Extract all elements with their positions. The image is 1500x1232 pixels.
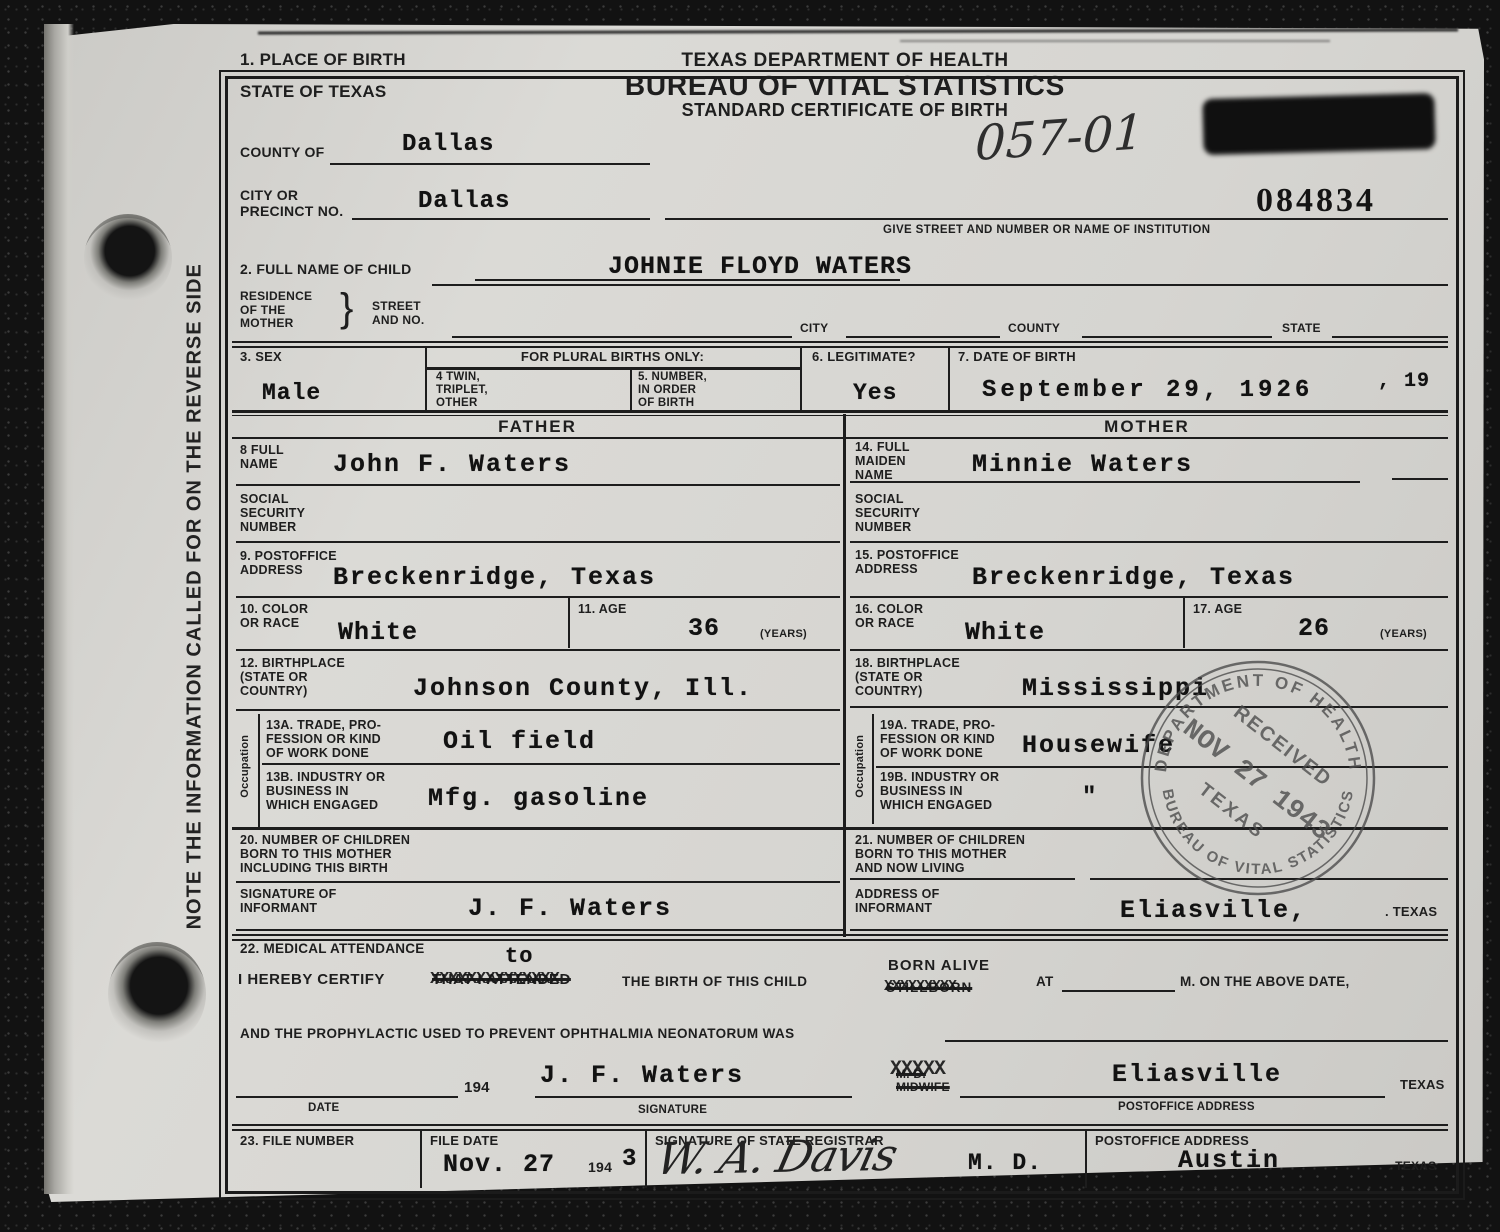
- father-ssn-rule: [236, 541, 840, 543]
- sig-date-rule: [236, 1096, 458, 1098]
- mother-color-value: White: [965, 618, 1045, 647]
- father-ssn-label: SOCIAL SECURITY NUMBER: [240, 492, 305, 534]
- sex-label: 3. SEX: [240, 350, 282, 365]
- file-divider-1: [420, 1130, 422, 1188]
- mother-informant-rule: [850, 929, 1448, 931]
- dept-title-line1: TEXAS DEPARTMENT OF HEALTH: [520, 50, 1170, 71]
- file-date-label: FILE DATE: [430, 1134, 498, 1149]
- file-po-value: Austin: [1178, 1146, 1280, 1175]
- sig-po-label: POSTOFFICE ADDRESS: [1118, 1101, 1255, 1114]
- mother-name-rule-2: [1392, 478, 1448, 480]
- father-name-label: 8 FULL NAME: [240, 443, 284, 471]
- sig-signature-label: SIGNATURE: [638, 1104, 707, 1117]
- mother-po-value: Breckenridge, Texas: [972, 563, 1295, 592]
- registrar-suffix: M. D.: [968, 1150, 1042, 1176]
- sig-date-label: DATE: [308, 1102, 339, 1115]
- legitimate-label: 6. LEGITIMATE?: [812, 350, 916, 365]
- certify-strike-x: XXXXXXXXXXXXXX: [430, 970, 559, 989]
- street-label: STREET AND NO.: [372, 300, 424, 327]
- residence-county-rule: [1082, 336, 1272, 338]
- city-value: Dallas: [418, 188, 510, 215]
- birth-certificate-scan: NOTE THE INFORMATION CALLED FOR ON THE R…: [0, 0, 1500, 1232]
- father-birthplace-rule: [236, 709, 840, 711]
- father-po-rule: [236, 596, 840, 598]
- father-years-label: (YEARS): [760, 628, 807, 640]
- mother-children-label: 21. NUMBER OF CHILDREN BORN TO THIS MOTH…: [855, 833, 1025, 875]
- residence-label: RESIDENCE OF THE MOTHER: [240, 290, 312, 331]
- father-trade-rule: [262, 763, 840, 765]
- mother-section-title: MOTHER: [846, 417, 1448, 436]
- handwritten-code: 057-01: [974, 104, 1144, 172]
- twin-label: 4 TWIN, TRIPLET, OTHER: [436, 371, 488, 410]
- mother-age-value: 26: [1298, 614, 1330, 643]
- mother-informant-label: ADDRESS OF INFORMANT: [855, 887, 939, 915]
- sig-value: J. F. Waters: [540, 1061, 744, 1090]
- residence-county-label: COUNTY: [1008, 322, 1060, 336]
- dob-divider: [948, 347, 950, 410]
- father-children-label: 20. NUMBER OF CHILDREN BORN TO THIS MOTH…: [240, 833, 410, 875]
- received-stamp: DEPARTMENT OF HEALTH BUREAU OF VITAL STA…: [1122, 642, 1394, 914]
- at-label: AT: [1036, 974, 1054, 989]
- file-date-value: Nov. 27: [443, 1150, 555, 1179]
- father-name-rule: [236, 484, 840, 486]
- mother-color-label: 16. COLOR OR RACE: [855, 602, 923, 630]
- mother-name-rule: [850, 481, 1360, 483]
- mother-years-label: (YEARS): [1380, 628, 1427, 640]
- father-age-value: 36: [688, 614, 720, 643]
- county-rule: [330, 163, 650, 165]
- city-rule-1: [352, 218, 650, 220]
- father-birthplace-label: 12. BIRTHPLACE (STATE OR COUNTRY): [240, 656, 345, 698]
- page-above-edge-line-2: [900, 40, 1330, 42]
- medical-section-label: 22. MEDICAL ATTENDANCE: [240, 941, 425, 956]
- born-alive-label: BORN ALIVE: [888, 958, 990, 975]
- plural-box-right: [800, 347, 802, 410]
- county-value: Dallas: [402, 131, 494, 158]
- mother-industry-label: 19B. INDUSTRY OR BUSINESS IN WHICH ENGAG…: [880, 770, 999, 812]
- on-date-label: M. ON THE ABOVE DATE,: [1180, 974, 1350, 989]
- father-color-label: 10. COLOR OR RACE: [240, 602, 308, 630]
- md-strike-x: XXXXX: [890, 1058, 945, 1081]
- prophylactic-label: AND THE PROPHYLACTIC USED TO PREVENT OPH…: [240, 1026, 795, 1041]
- father-color-rule: [236, 649, 840, 651]
- paper-stack-edge: [44, 24, 74, 1194]
- plural-header: FOR PLURAL BIRTHS ONLY:: [425, 350, 800, 365]
- prophylactic-rule: [945, 1040, 1448, 1042]
- mother-ssn-label: SOCIAL SECURITY NUMBER: [855, 492, 920, 534]
- child-name-label: 2. FULL NAME OF CHILD: [240, 262, 411, 278]
- father-occupation-divider: [258, 714, 260, 827]
- center-divider: [843, 414, 846, 937]
- plural-divider: [630, 367, 632, 410]
- heavy-rule-sex-a: [232, 410, 1448, 413]
- residence-state-rule: [1332, 336, 1448, 338]
- state-of-texas-label: STATE OF TEXAS: [240, 82, 386, 101]
- father-title-rule: [232, 437, 843, 439]
- mother-children-rule-a: [850, 878, 1075, 880]
- child-name-underline: [475, 279, 900, 281]
- child-name-value: JOHNIE FLOYD WATERS: [608, 252, 912, 281]
- father-section-title: FATHER: [232, 417, 843, 436]
- mother-occupation-divider: [872, 714, 874, 824]
- double-rule-3a: [232, 1124, 1448, 1126]
- mother-birthplace-label: 18. BIRTHPLACE (STATE OR COUNTRY): [855, 656, 960, 698]
- institution-note: GIVE STREET AND NUMBER OR NAME OF INSTIT…: [883, 224, 1210, 237]
- residence-brace: }: [340, 286, 353, 331]
- file-divider-3: [1085, 1130, 1087, 1188]
- residence-state-label: STATE: [1282, 322, 1321, 336]
- place-of-birth-label: 1. PLACE OF BIRTH: [240, 50, 406, 69]
- father-informant-value: J. F. Waters: [468, 894, 672, 923]
- sig-rule: [535, 1096, 852, 1098]
- father-po-value: Breckenridge, Texas: [333, 563, 656, 592]
- residence-city-label: CITY: [800, 322, 828, 336]
- serial-number: 084834: [1256, 182, 1376, 220]
- plural-header-rule: [425, 367, 800, 370]
- father-trade-label: 13A. TRADE, PRO- FESSION OR KIND OF WORK…: [266, 718, 381, 760]
- mother-name-label: 14. FULL MAIDEN NAME: [855, 440, 910, 482]
- stillborn-strike-x: XXXXXXXXX: [884, 978, 956, 995]
- father-informant-rule: [236, 929, 843, 931]
- file-year-typed: 3: [622, 1146, 637, 1173]
- father-po-label: 9. POSTOFFICE ADDRESS: [240, 549, 337, 577]
- residence-city-rule: [846, 336, 1000, 338]
- mother-ssn-rule: [850, 541, 1448, 543]
- father-industry-label: 13B. INDUSTRY OR BUSINESS IN WHICH ENGAG…: [266, 770, 385, 812]
- file-year-print: 194: [588, 1160, 612, 1176]
- certify-prefix: I HEREBY CERTIFY: [238, 972, 385, 989]
- father-trade-value: Oil field: [443, 727, 596, 756]
- order-label: 5. NUMBER, IN ORDER OF BIRTH: [638, 371, 707, 410]
- file-number-label: 23. FILE NUMBER: [240, 1134, 354, 1149]
- legitimate-value: Yes: [853, 380, 897, 406]
- file-state-label: . TEXAS: [1388, 1160, 1436, 1174]
- sig-state-label: TEXAS: [1400, 1078, 1445, 1093]
- double-rule-2a: [232, 934, 1448, 936]
- punch-hole-bottom: [108, 942, 206, 1046]
- sig-po-value: Eliasville: [1112, 1060, 1282, 1089]
- father-informant-label: SIGNATURE OF INFORMANT: [240, 887, 337, 915]
- heavy-rule-sex-b: [232, 415, 1448, 416]
- at-rule: [1062, 990, 1175, 992]
- dob-label: 7. DATE OF BIRTH: [958, 350, 1076, 365]
- dob-value: September 29, 1926: [982, 377, 1313, 404]
- father-industry-value: Mfg. gasoline: [428, 784, 649, 813]
- mother-po-rule: [850, 596, 1448, 598]
- father-color-value: White: [338, 618, 418, 647]
- street-rule: [452, 336, 792, 338]
- certify-mid: THE BIRTH OF THIS CHILD: [622, 974, 808, 989]
- dob-year-suffix: , 19: [1378, 370, 1430, 393]
- sig-po-rule: [960, 1096, 1385, 1098]
- child-row-rule: [432, 284, 1448, 286]
- father-age-label: 11. AGE: [578, 602, 627, 616]
- father-children-rule: [236, 881, 840, 883]
- double-rule-1b: [232, 346, 1448, 348]
- punch-hole-top: [84, 214, 172, 302]
- mother-name-value: Minnie Waters: [972, 450, 1193, 479]
- sex-value: Male: [262, 380, 321, 406]
- father-name-value: John F. Waters: [333, 450, 571, 479]
- dept-title-line2: BUREAU OF VITAL STATISTICS: [520, 70, 1170, 102]
- double-rule-1a: [232, 341, 1448, 343]
- mother-age-label: 17. AGE: [1193, 602, 1242, 616]
- mother-title-rule: [846, 437, 1448, 439]
- file-divider-2: [645, 1130, 647, 1188]
- certify-typed-to: to: [505, 944, 533, 969]
- mother-age-divider: [1183, 598, 1185, 648]
- mother-po-label: 15. POSTOFFICE ADDRESS: [855, 548, 959, 576]
- mother-industry-value: ": [1082, 784, 1097, 811]
- father-birthplace-value: Johnson County, Ill.: [413, 674, 753, 703]
- registrar-signature: W. A. Davis: [652, 1130, 902, 1185]
- mother-occupation-side: Occupation: [854, 726, 866, 806]
- county-of-label: COUNTY OF: [240, 145, 324, 161]
- reverse-side-note: NOTE THE INFORMATION CALLED FOR ON THE R…: [184, 246, 207, 946]
- father-age-divider: [568, 598, 570, 648]
- sig-year-print: 194: [464, 1080, 490, 1097]
- city-precinct-label: CITY OR PRECINCT NO.: [240, 188, 343, 220]
- father-occupation-side: Occupation: [239, 726, 251, 806]
- mother-trade-label: 19A. TRADE, PRO- FESSION OR KIND OF WORK…: [880, 718, 995, 760]
